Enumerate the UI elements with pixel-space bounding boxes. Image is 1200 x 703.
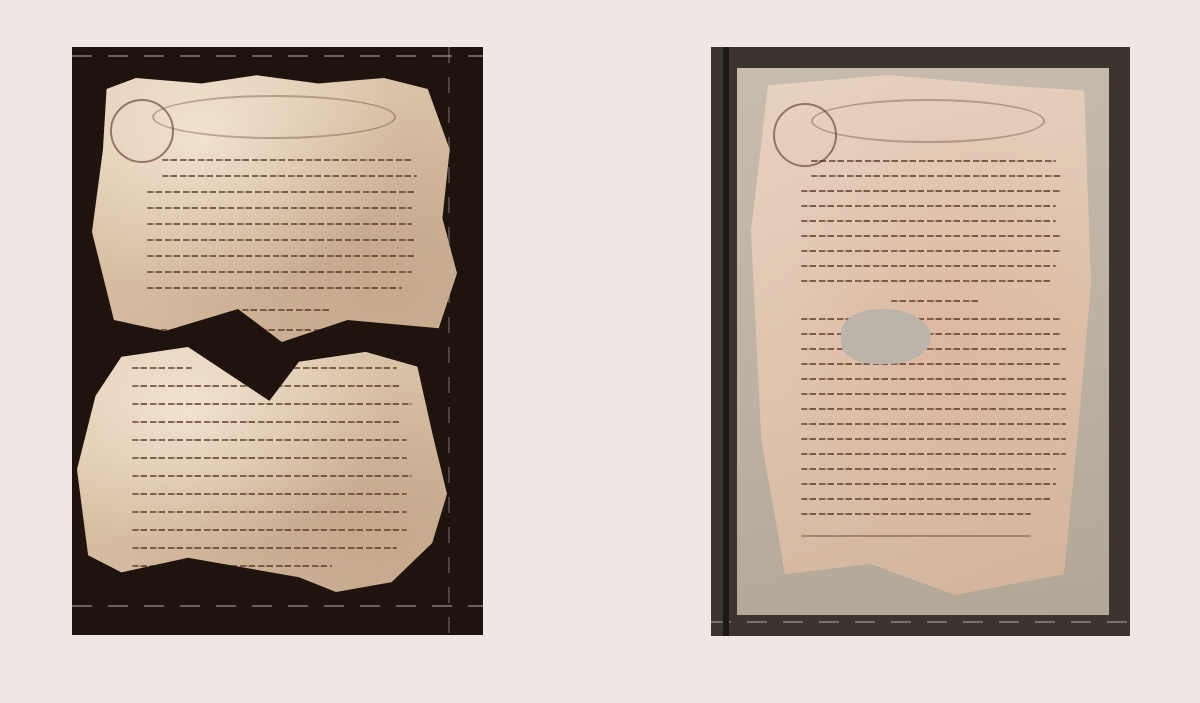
manuscript-fragment-upper (92, 67, 457, 342)
paper-loss-area (841, 309, 931, 364)
mount-stitch-right (448, 47, 450, 635)
before-caption: Manuscript before restoration (72, 47, 73, 48)
manuscript-fragment-lower (77, 347, 447, 592)
mount-edge-left (723, 47, 729, 636)
mount-stitch-top (72, 55, 483, 57)
mount-stitch-bottom (72, 605, 483, 607)
after-caption: Manuscript after restoration (711, 47, 712, 48)
handwritten-text (77, 347, 447, 592)
manuscript-before-photo: Manuscript before restoration (72, 47, 483, 635)
manuscript-after-photo: Manuscript after restoration (711, 47, 1130, 636)
handwritten-text (92, 67, 457, 342)
mount-stitch-bottom (711, 621, 1130, 623)
